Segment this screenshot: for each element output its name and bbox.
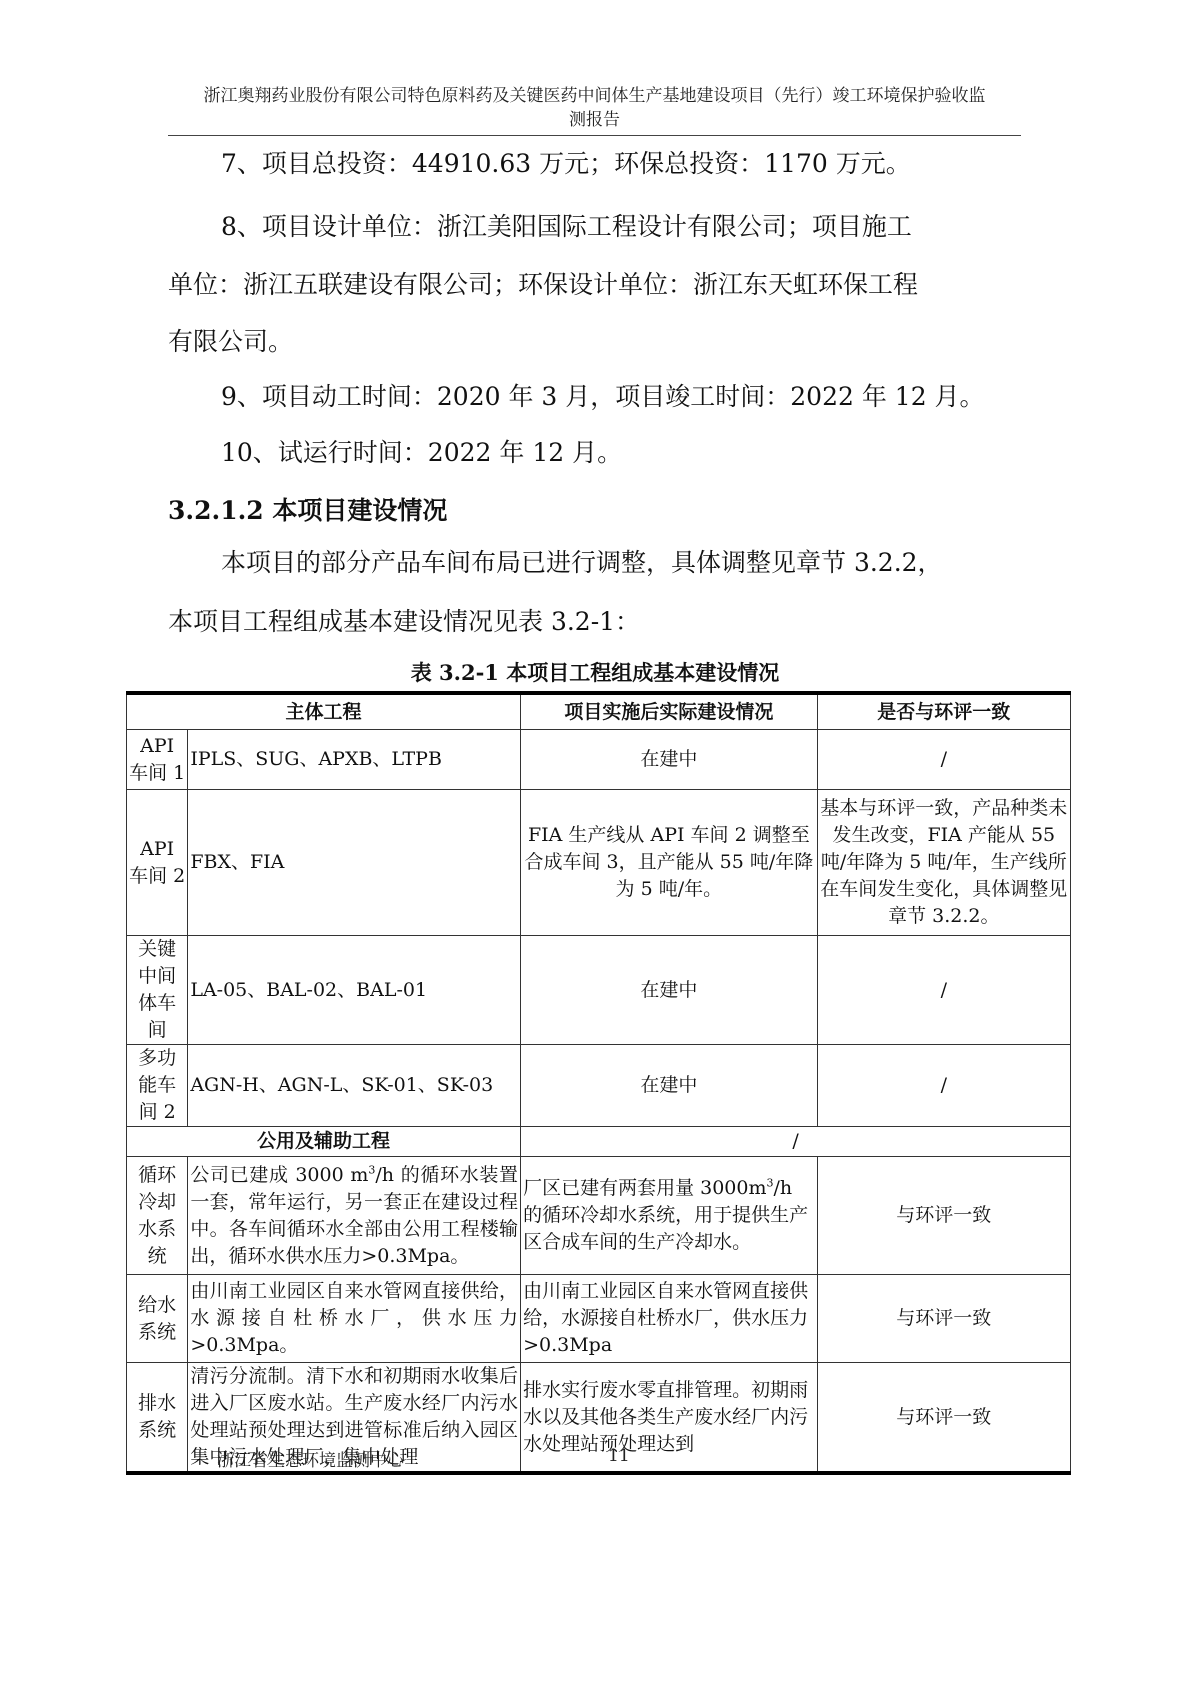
consistency: / — [817, 1045, 1070, 1127]
construction-status-table: 主体工程 项目实施后实际建设情况 是否与环评一致 API 车间 1 IPLS、S… — [126, 691, 1071, 1475]
workshop-name: 关键中间体车间 — [127, 936, 188, 1045]
table-caption: 表 3.2-1 本项目工程组成基本建设情况 — [120, 657, 1070, 687]
footer-page-number: 11 — [608, 1446, 630, 1466]
actual-status: 由川南工业园区自来水管网直接供给，水源接自杜桥水厂，供水压力>0.3Mpa — [521, 1275, 818, 1363]
intro-line-2: 本项目工程组成基本建设情况见表 3.2-1： — [168, 607, 640, 637]
paragraph-investment: 7、项目总投资：44910.63 万元；环保总投资：1170 万元。 — [221, 149, 911, 179]
workshop-name: API 车间 1 — [127, 730, 188, 790]
paragraph-schedule: 9、项目动工时间：2020 年 3 月，项目竣工时间：2022 年 12 月。 — [221, 382, 985, 412]
system-name: 循环冷却水系统 — [127, 1157, 188, 1275]
actual-status: 在建中 — [521, 1045, 818, 1127]
aux-section-header-row: 公用及辅助工程 / — [127, 1127, 1071, 1157]
actual-status: FIA 生产线从 API 车间 2 调整至合成车间 3，且产能从 55 吨/年降… — [521, 790, 818, 936]
section-heading: 3.2.1.2 本项目建设情况 — [168, 491, 447, 527]
consistency: / — [817, 936, 1070, 1045]
intro-line-1: 本项目的部分产品车间布局已进行调整，具体调整见章节 3.2.2， — [221, 548, 943, 578]
consistency: 与环评一致 — [817, 1363, 1070, 1474]
table-row: API 车间 1 IPLS、SUG、APXB、LTPB 在建中 / — [127, 730, 1071, 790]
header-actual-status: 项目实施后实际建设情况 — [521, 693, 818, 730]
table-row: 多功能车间 2 AGN-H、AGN-L、SK-01、SK-03 在建中 / — [127, 1045, 1071, 1127]
table-row: 关键中间体车间 LA-05、BAL-02、BAL-01 在建中 / — [127, 936, 1071, 1045]
workshop-products: FBX、FIA — [188, 790, 521, 936]
header-divider — [168, 135, 1021, 136]
paragraph-design-unit-line2: 单位：浙江五联建设有限公司；环保设计单位：浙江东天虹环保工程 — [168, 270, 918, 300]
running-header: 浙江奥翔药业股份有限公司特色原料药及关键医药中间体生产基地建设项目（先行）竣工环… — [168, 84, 1021, 132]
paragraph-trial-run: 10、试运行时间：2022 年 12 月。 — [221, 438, 622, 468]
header-line-1: 浙江奥翔药业股份有限公司特色原料药及关键医药中间体生产基地建设项目（先行）竣工环… — [168, 84, 1021, 108]
system-name: 排水系统 — [127, 1363, 188, 1474]
actual-status: 排水实行废水零直排管理。初期雨水以及其他各类生产废水经厂内污水处理站预处理达到 — [521, 1363, 818, 1474]
eia-description: 公司已建成 3000 m3/h 的循环水装置一套，常年运行，另一套正在建设过程中… — [188, 1157, 521, 1275]
actual-status: 厂区已建有两套用量 3000m3/h 的循环冷却水系统，用于提供生产区合成车间的… — [521, 1157, 818, 1275]
desc-text: 公司已建成 3000 m — [190, 1164, 368, 1186]
eia-description: 由川南工业园区自来水管网直接供给，水源接自杜桥水厂，供水压力>0.3Mpa。 — [188, 1275, 521, 1363]
actual-status: 在建中 — [521, 936, 818, 1045]
workshop-products: AGN-H、AGN-L、SK-01、SK-03 — [188, 1045, 521, 1127]
header-consistency: 是否与环评一致 — [817, 693, 1070, 730]
table-row: API 车间 2 FBX、FIA FIA 生产线从 API 车间 2 调整至合成… — [127, 790, 1071, 936]
consistency: 与环评一致 — [817, 1157, 1070, 1275]
table-row: 循环冷却水系统 公司已建成 3000 m3/h 的循环水装置一套，常年运行，另一… — [127, 1157, 1071, 1275]
workshop-products: IPLS、SUG、APXB、LTPB — [188, 730, 521, 790]
system-name: 给水系统 — [127, 1275, 188, 1363]
consistency: 与环评一致 — [817, 1275, 1070, 1363]
footer-organization: 浙江省生态环境监测中心 — [217, 1446, 404, 1471]
aux-section-value: / — [521, 1127, 1071, 1157]
consistency: / — [817, 730, 1070, 790]
actual-text: 厂区已建有两套用量 3000m — [523, 1177, 766, 1199]
paragraph-design-unit-line3: 有限公司。 — [168, 327, 293, 357]
table-header-row: 主体工程 项目实施后实际建设情况 是否与环评一致 — [127, 693, 1071, 730]
table-row: 给水系统 由川南工业园区自来水管网直接供给，水源接自杜桥水厂，供水压力>0.3M… — [127, 1275, 1071, 1363]
aux-section-label: 公用及辅助工程 — [127, 1127, 521, 1157]
workshop-products: LA-05、BAL-02、BAL-01 — [188, 936, 521, 1045]
consistency: 基本与环评一致，产品种类未发生改变，FIA 产能从 55 吨/年降为 5 吨/年… — [817, 790, 1070, 936]
workshop-name: 多功能车间 2 — [127, 1045, 188, 1127]
paragraph-design-unit-line1: 8、项目设计单位：浙江美阳国际工程设计有限公司；项目施工 — [221, 212, 912, 242]
workshop-name: API 车间 2 — [127, 790, 188, 936]
document-page: 浙江奥翔药业股份有限公司特色原料药及关键医药中间体生产基地建设项目（先行）竣工环… — [0, 0, 1190, 1683]
header-line-2: 测报告 — [168, 108, 1021, 132]
actual-status: 在建中 — [521, 730, 818, 790]
header-main-project: 主体工程 — [127, 693, 521, 730]
